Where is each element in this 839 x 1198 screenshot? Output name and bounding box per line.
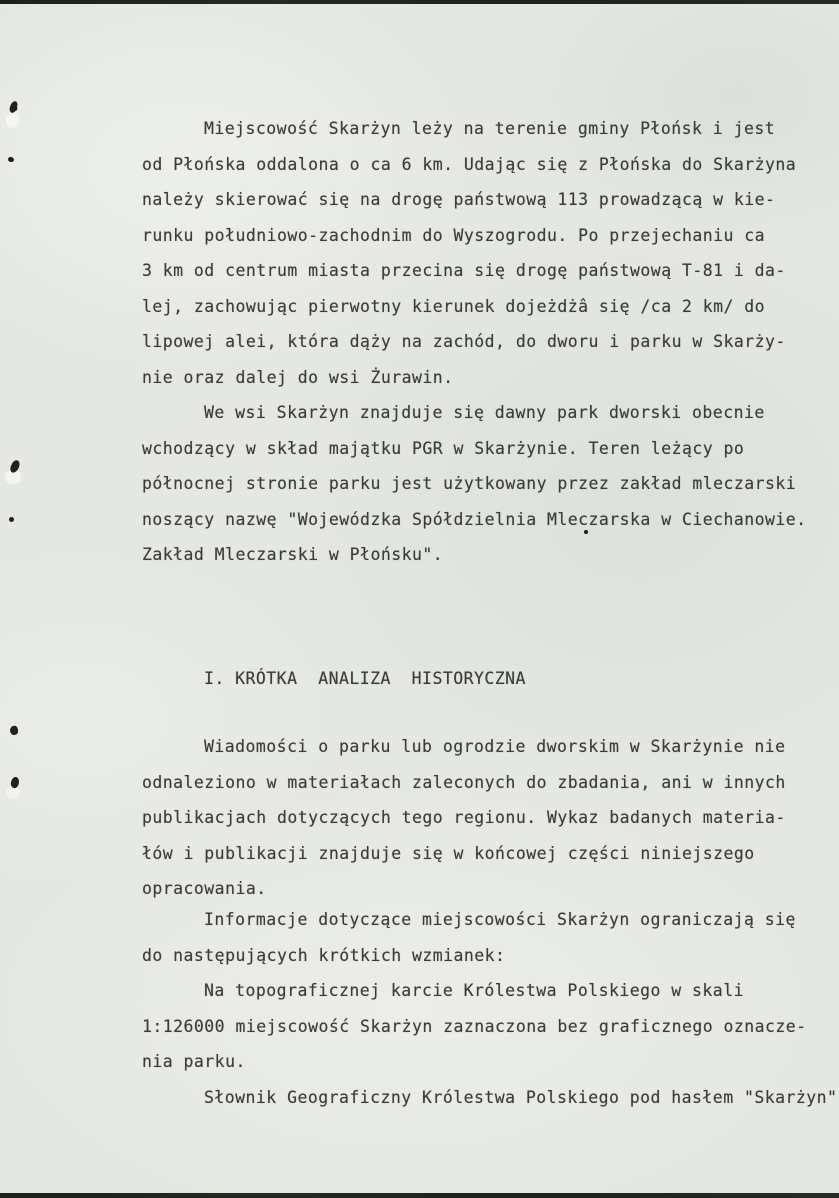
- text-line: 1:126000 miejscowość Skarżyn zaznaczona …: [142, 1016, 807, 1037]
- text-line: łów i publikacji znajduje się w końcowej…: [142, 843, 755, 864]
- text-line: północnej stronie parku jest użytkowany …: [142, 473, 796, 494]
- text-line: publikacjach dotyczących tego regionu. W…: [142, 807, 786, 828]
- text-line: nia parku.: [142, 1051, 246, 1072]
- ink-speck: [584, 530, 588, 534]
- text-line: należy skierować się na drogę państwową …: [142, 189, 775, 210]
- text-line: Miejscowość Skarżyn leży na terenie gmin…: [204, 118, 775, 139]
- text-line: wchodzący w skład majątku PGR w Skarżyni…: [142, 438, 744, 459]
- text-line: noszący nazwę "Wojewódzka Spółdzielnia M…: [142, 509, 807, 530]
- scan-edge-top: [0, 0, 839, 4]
- ink-speck: [9, 725, 19, 735]
- text-line: We wsi Skarżyn znajduje się dawny park d…: [204, 402, 765, 423]
- text-line: od Płońska oddalona o ca 6 km. Udając si…: [142, 154, 796, 175]
- text-line: Na topograficznej karcie Królestwa Polsk…: [204, 980, 744, 1001]
- text-line: Słownik Geograficzny Królestwa Polskiego…: [204, 1087, 837, 1108]
- ink-speck: [8, 157, 15, 163]
- text-line: runku południowo-zachodnim do Wyszogrodu…: [142, 225, 765, 246]
- scanned-page: Miejscowość Skarżyn leży na terenie gmin…: [0, 0, 839, 1198]
- text-line: odnaleziono w materiałach zaleconych do …: [142, 772, 786, 793]
- ink-speck: [9, 517, 14, 522]
- text-line: do następujących krótkich wzmianek:: [142, 945, 505, 966]
- text-line: nie oraz dalej do wsi Żurawin.: [142, 367, 454, 388]
- text-line: Zakład Mleczarski w Płońsku".: [142, 544, 443, 565]
- text-line: lej, zachowując pierwotny kierunek dojeż…: [142, 296, 765, 317]
- text-line: Wiadomości o parku lub ogrodzie dworskim…: [204, 736, 786, 757]
- text-line: 3 km od centrum miasta przecina się drog…: [142, 260, 786, 281]
- text-line: lipowej alei, która dąży na zachód, do d…: [142, 331, 786, 352]
- section-heading: I. KRÓTKA ANALIZA HISTORYCZNA: [204, 668, 526, 689]
- paper-tear: [6, 112, 20, 128]
- scan-edge-bottom: [0, 1193, 839, 1198]
- text-line: Informacje dotyczące miejscowości Skarży…: [204, 909, 796, 930]
- text-line: opracowania.: [142, 878, 267, 899]
